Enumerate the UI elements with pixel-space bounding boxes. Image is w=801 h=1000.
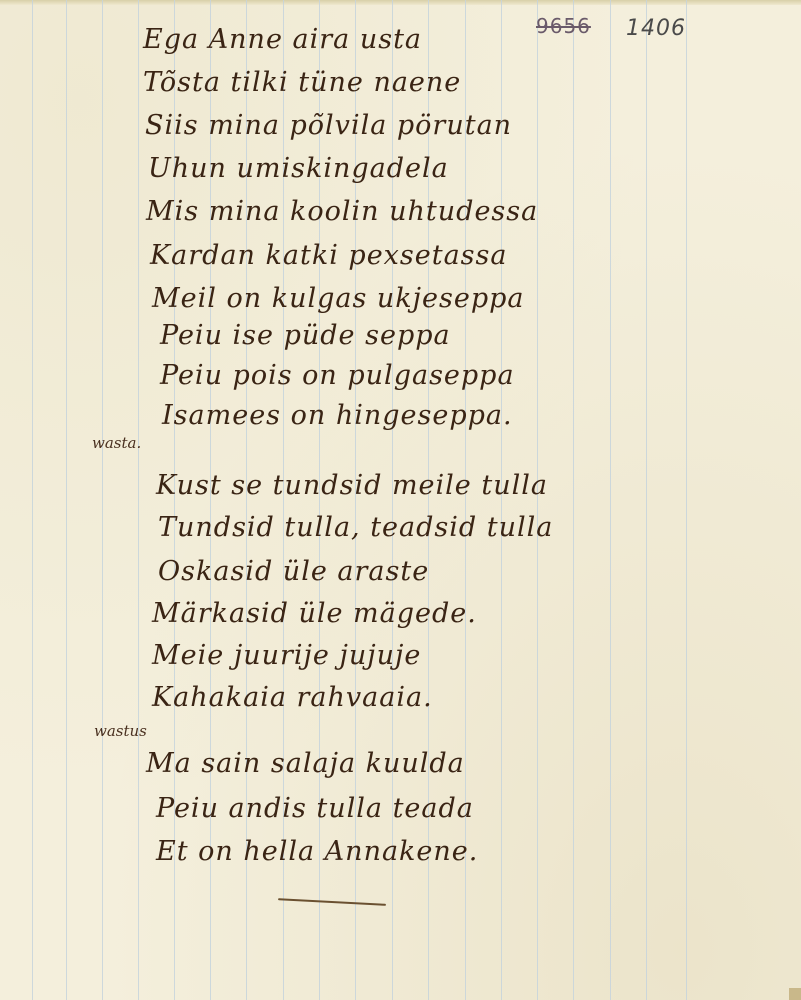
verse-line: Kust se tundsid meile tulla bbox=[156, 470, 548, 501]
section-label: wastus bbox=[94, 722, 147, 740]
catalog-number: 1406 bbox=[626, 16, 686, 41]
verse-line: Ega Anne aira usta bbox=[143, 24, 422, 55]
verse-line: Ma sain salaja kuulda bbox=[146, 748, 465, 779]
verse-line: Oskasid üle araste bbox=[158, 556, 429, 587]
ruling-line bbox=[138, 0, 139, 1000]
ruling-line bbox=[102, 0, 103, 1000]
verse-line: Kahakaia rahvaaia. bbox=[152, 682, 433, 713]
verse-line: Et on hella Annakene. bbox=[156, 836, 478, 867]
ruling-line bbox=[610, 0, 611, 1000]
page-top-edge bbox=[0, 0, 801, 5]
verse-line: Kardan katki pexsetassa bbox=[150, 240, 508, 271]
ruling-line bbox=[66, 0, 67, 1000]
end-flourish bbox=[278, 898, 386, 906]
verse-line: Tundsid tulla, teadsid tulla bbox=[158, 512, 553, 543]
verse-line: Uhun umiskingadela bbox=[148, 153, 449, 184]
page-corner bbox=[789, 988, 801, 1000]
verse-line: Märkasid üle mägede. bbox=[152, 598, 477, 629]
ruling-line bbox=[573, 0, 574, 1000]
catalog-number-struck: 9656 bbox=[536, 14, 591, 38]
verse-line: Peiu andis tulla teada bbox=[156, 793, 474, 824]
verse-line: Meil on kulgas ukjeseppa bbox=[152, 283, 525, 314]
ruling-line bbox=[32, 0, 33, 1000]
verse-line: Mis mina koolin uhtudessa bbox=[146, 196, 538, 227]
manuscript-page: 9656 1406 Ega Anne aira usta Tõsta tilki… bbox=[0, 0, 801, 1000]
ruling-line bbox=[686, 0, 687, 1000]
verse-line: Siis mina põlvila pörutan bbox=[145, 110, 512, 141]
verse-line: Isamees on hingeseppa. bbox=[162, 400, 513, 431]
verse-line: Peiu pois on pulgaseppa bbox=[160, 360, 515, 391]
verse-line: Meie juurije jujuje bbox=[152, 640, 421, 671]
verse-line: Peiu ise püde seppa bbox=[160, 320, 451, 351]
ruling-line bbox=[646, 0, 647, 1000]
verse-line: Tõsta tilki tüne naene bbox=[143, 67, 461, 98]
section-label: wasta. bbox=[92, 434, 141, 452]
